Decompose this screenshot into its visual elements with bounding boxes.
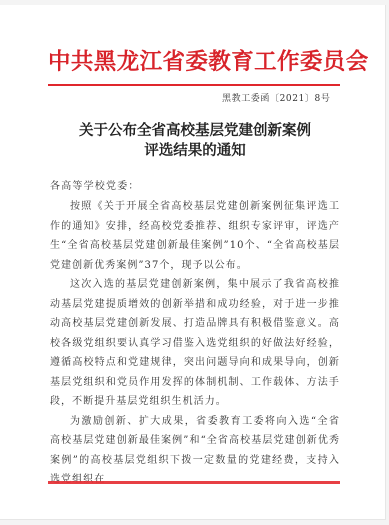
document-page: 中共黑龙江省委教育工作委员会 黑教工委函〔2021〕8号 关于公布全省高校基层党… — [0, 5, 386, 520]
document-number: 黑教工委函〔2021〕8号 — [222, 91, 330, 104]
red-divider-top — [48, 84, 340, 86]
document-body: 按照《关于开展全省高校基层党建创新案例征集评选工作的通知》安排，经高校党委推荐、… — [50, 197, 340, 490]
document-title-line-1: 关于公布全省高校基层党建创新案例 — [40, 121, 350, 141]
document-title: 关于公布全省高校基层党建创新案例 评选结果的通知 — [40, 121, 350, 161]
paragraph: 这次入选的基层党建创新案例，集中展示了我省高校推动基层党建提质增效的创新举措和成… — [50, 275, 340, 412]
issuer-header: 中共黑龙江省委教育工作委员会 — [48, 47, 342, 77]
document-title-line-2: 评选结果的通知 — [40, 141, 350, 161]
paragraph: 为激励创新、扩大成果，省委教育工委将向入选“全省高校基层党建创新最佳案例”和“全… — [50, 412, 340, 490]
red-divider-bottom — [48, 481, 340, 484]
paragraph: 按照《关于开展全省高校基层党建创新案例征集评选工作的通知》安排，经高校党委推荐、… — [50, 197, 340, 275]
salutation: 各高等学校党委： — [50, 177, 140, 192]
